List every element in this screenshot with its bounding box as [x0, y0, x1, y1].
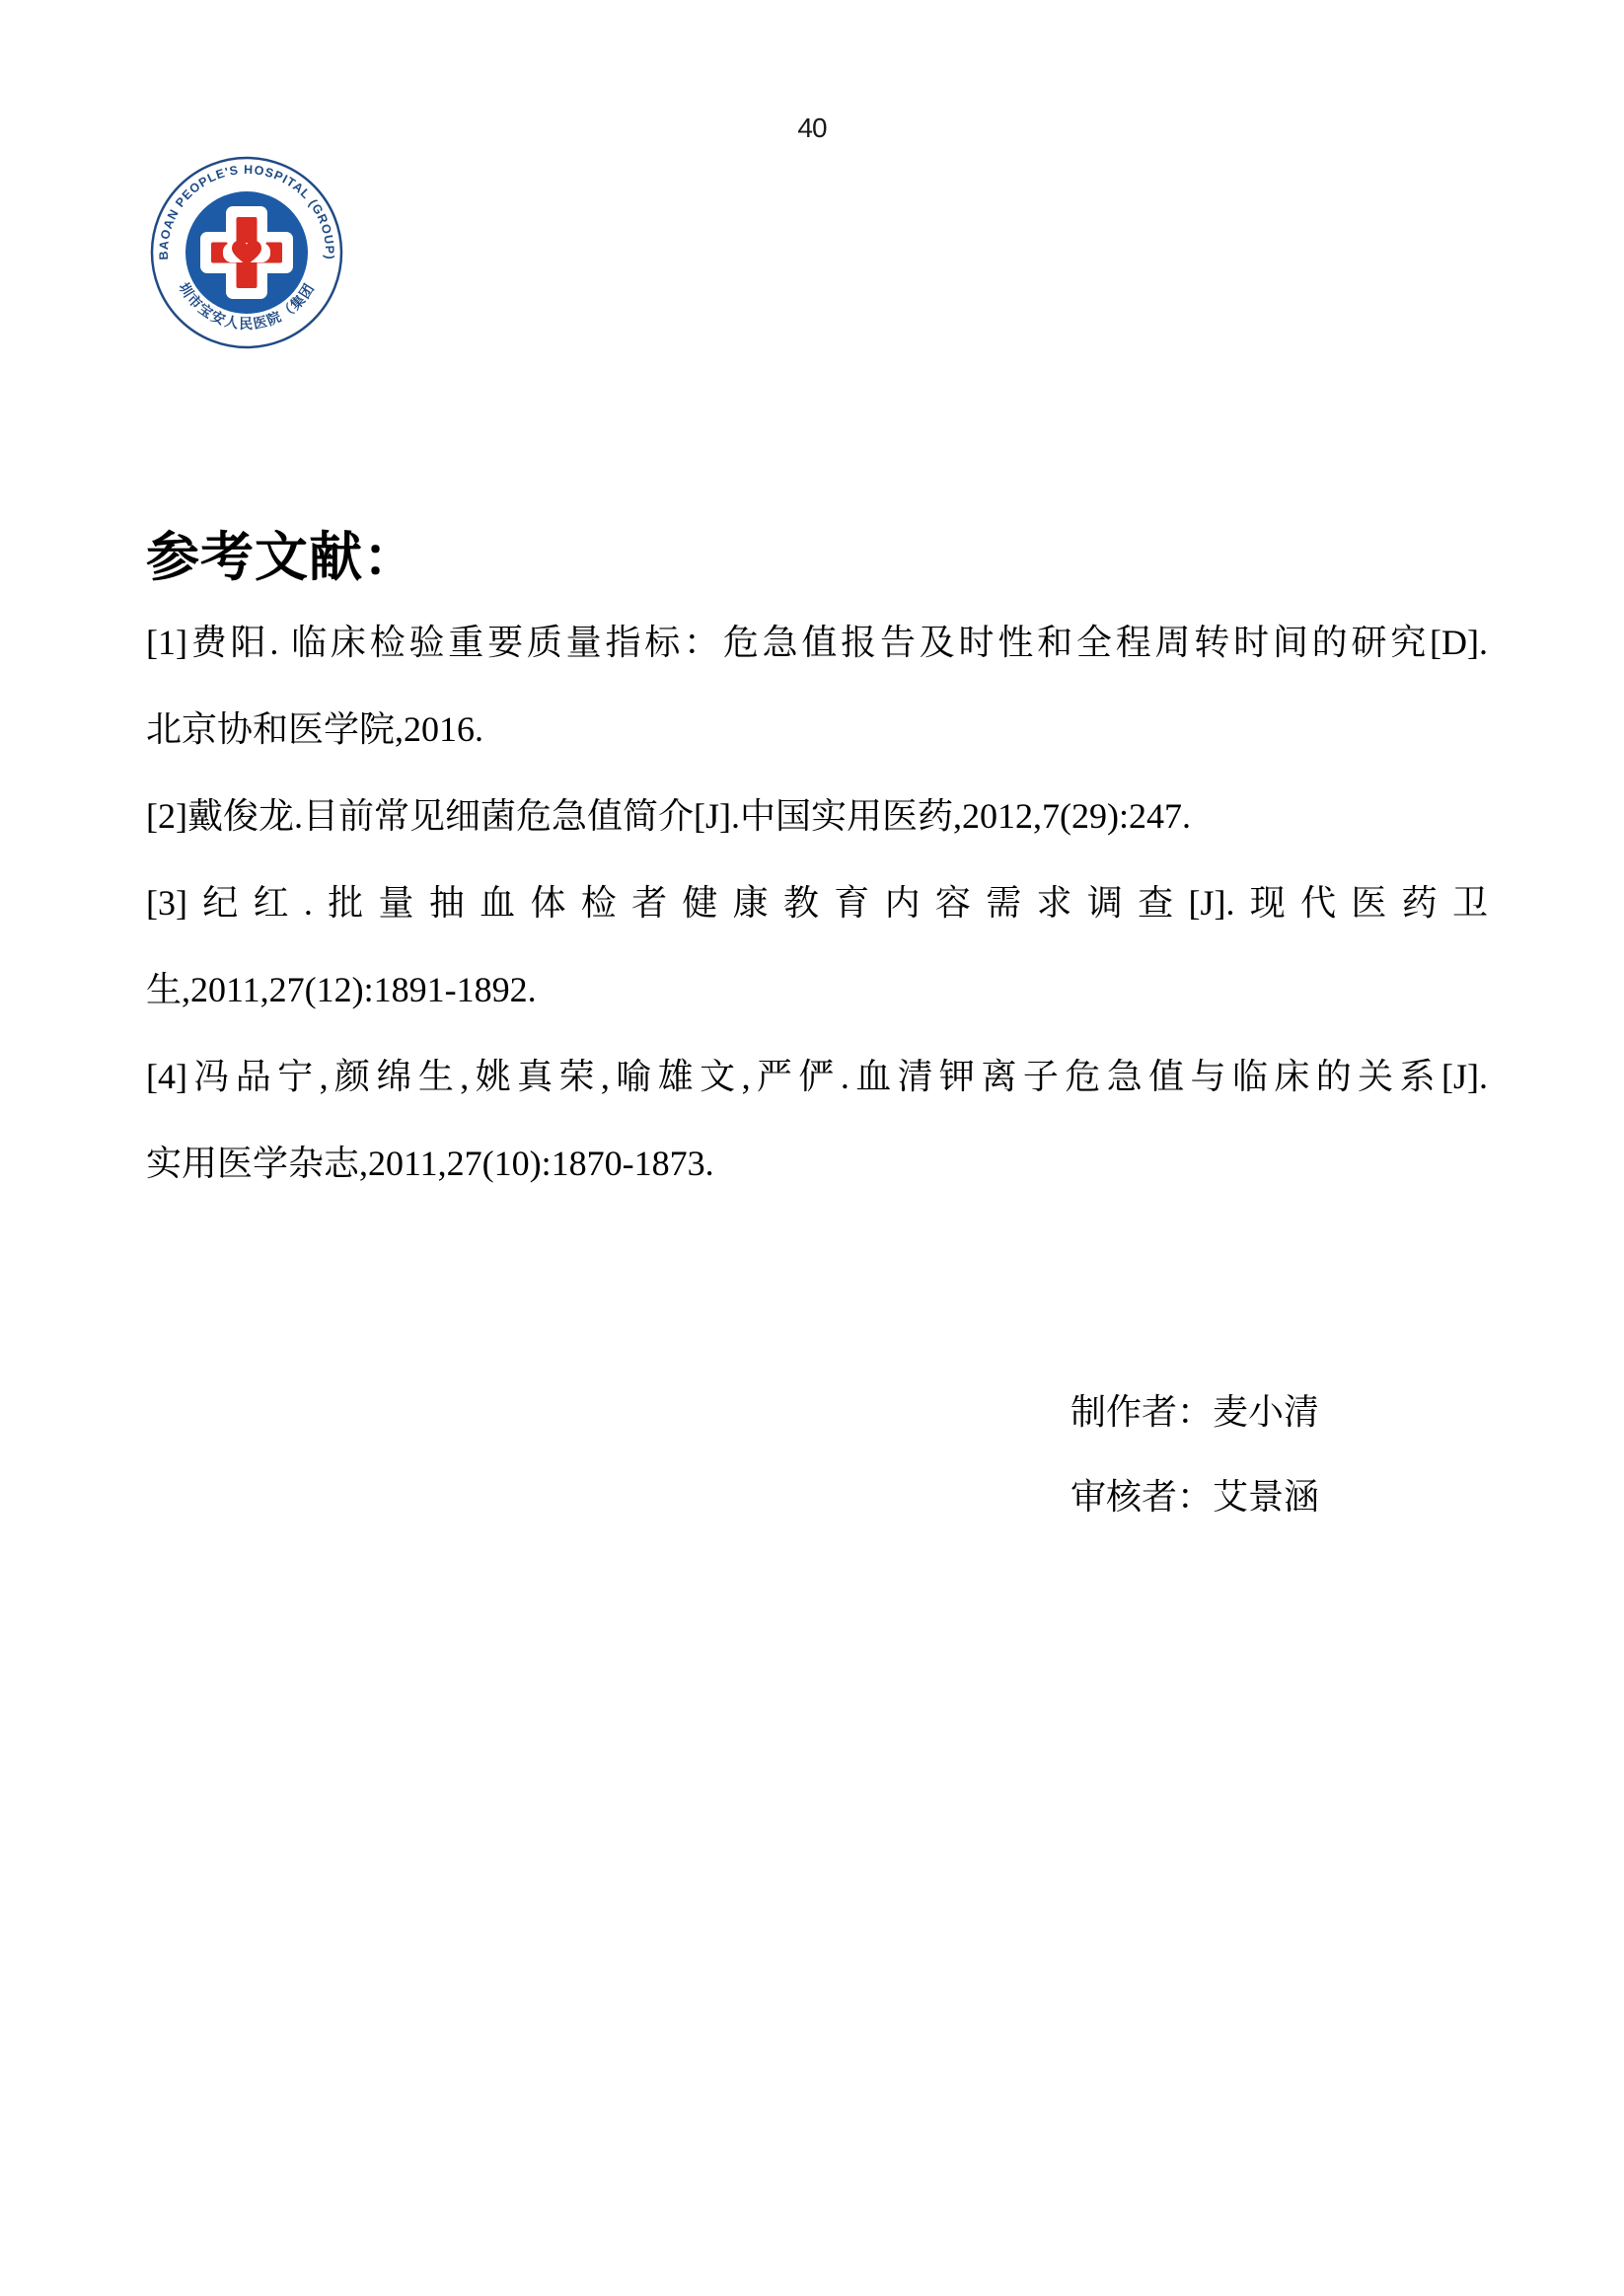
reference-1-line-2: 北京协和医学院,2016. [146, 686, 1488, 773]
reference-item-3: [3]纪红.批量抽血体检者健康教育内容需求调查[J].现代医药卫 生,2011,… [146, 859, 1488, 1033]
references-heading: 参考文献： [146, 515, 417, 591]
reference-3-line-2: 生,2011,27(12):1891-1892. [146, 946, 1488, 1033]
reference-item-4: [4]冯品宁,颜绵生,姚真荣,喻雄文,严俨.血清钾离子危急值与临床的关系[J].… [146, 1033, 1488, 1207]
hospital-logo: BAOAN PEOPLE'S HOSPITAL (GROUP) 深圳市宝安人民医… [148, 154, 345, 351]
reference-item-2: [2]戴俊龙.目前常见细菌危急值简介[J].中国实用医药,2012,7(29):… [146, 773, 1488, 859]
credits-block: 制作者：麦小清 审核者：艾景涵 [1070, 1370, 1319, 1539]
reference-item-1: [1]费阳. 临床检验重要质量指标：危急值报告及时性和全程周转时间的研究[D].… [146, 599, 1488, 773]
reference-2-line-1: [2]戴俊龙.目前常见细菌危急值简介[J].中国实用医药,2012,7(29):… [146, 773, 1488, 859]
document-page: 40 BAOAN PEOPLE'S HOSPITAL (GROUP) 深圳市宝安… [0, 0, 1624, 2296]
hospital-logo-graphic: BAOAN PEOPLE'S HOSPITAL (GROUP) 深圳市宝安人民医… [148, 154, 345, 351]
reference-3-line-1: [3]纪红.批量抽血体检者健康教育内容需求调查[J].现代医药卫 [146, 859, 1488, 946]
reference-4-line-2: 实用医学杂志,2011,27(10):1870-1873. [146, 1120, 1488, 1207]
reference-4-line-1: [4]冯品宁,颜绵生,姚真荣,喻雄文,严俨.血清钾离子危急值与临床的关系[J]. [146, 1033, 1488, 1120]
references-list: [1]费阳. 临床检验重要质量指标：危急值报告及时性和全程周转时间的研究[D].… [146, 599, 1488, 1207]
page-number: 40 [0, 112, 1624, 144]
maker-credit: 制作者：麦小清 [1070, 1370, 1319, 1454]
reference-1-line-1: [1]费阳. 临床检验重要质量指标：危急值报告及时性和全程周转时间的研究[D]. [146, 599, 1488, 686]
reviewer-credit: 审核者：艾景涵 [1070, 1454, 1319, 1539]
